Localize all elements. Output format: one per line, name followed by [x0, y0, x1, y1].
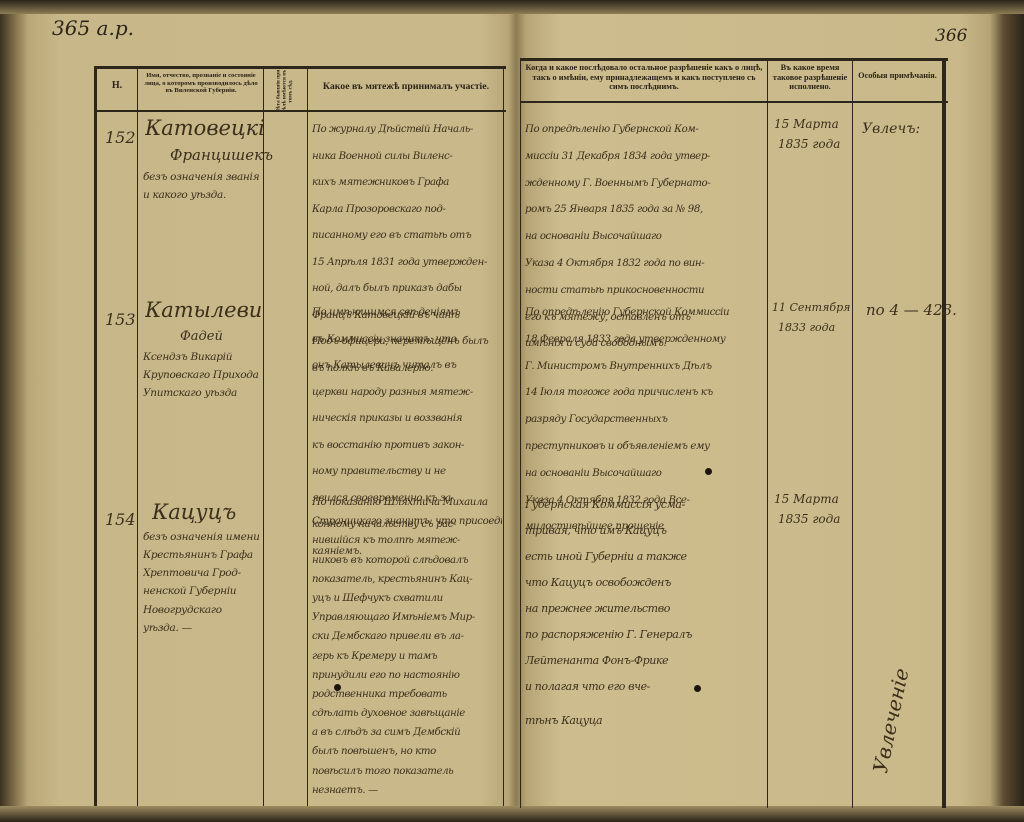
text-line: ромъ 25 Января 1835 года за № 98, — [525, 197, 765, 224]
text-line: кихъ мятежниковъ Графа — [312, 170, 502, 197]
right-col-rule-2 — [852, 58, 853, 808]
text-line: незнаетъ. — — [312, 781, 502, 800]
text-line: 18 Февраля 1833 года утвержденному — [525, 327, 765, 354]
right-page-number: 366 — [935, 26, 967, 46]
page-edge-bottom — [0, 806, 1024, 822]
text-line: въ Коммиссіи значитъ: что — [312, 327, 502, 354]
text-line: уцъ и Шефчукъ схватили — [312, 589, 502, 608]
page-edge-top — [0, 0, 1024, 14]
text-line: тѣнъ Кацуца — [525, 708, 765, 734]
text-line: церкви народу разныя мятеж- — [312, 380, 502, 407]
text-line: по распоряженію Г. Генералъ — [525, 622, 765, 648]
entry-surname: Катовецкiй — [145, 118, 263, 139]
header-executed: Въ какое время таковое разрѣшеніе исполн… — [769, 63, 851, 92]
text-line: никовъ въ которой слѣдовалъ — [312, 551, 502, 570]
left-table-right-rule — [503, 66, 504, 806]
entry-executed-year: 1833 года — [778, 322, 835, 333]
entry-status-line: и какого уѣзда. — [143, 190, 261, 201]
text-line: жденному Г. Военнымъ Губернато- — [525, 171, 765, 198]
left-page-number: 365 а.р. — [52, 16, 134, 40]
text-line: преступниковъ и объявленіемъ ему — [525, 434, 765, 461]
text-line: повѣсилъ того показатель — [312, 762, 502, 781]
text-line: ническія приказы и воззванія — [312, 406, 502, 433]
entry-executed-date: 15 Марта — [774, 493, 839, 505]
text-line: Указа 4 Октября 1832 года по вин- — [525, 251, 765, 278]
text-line: Лейтенанта Фонъ-Фрике — [525, 648, 765, 674]
text-line: есть иной Губерніи а также — [525, 544, 765, 570]
text-line: ной, далъ былъ приказъ дабы — [312, 276, 502, 303]
entry-executed-date: 15 Марта — [774, 118, 839, 130]
entry-notes: Увлечъ: — [862, 122, 920, 136]
header-years: Лѣта бывшiя при дѣлѣ имѣются въ томъ сѣд… — [264, 68, 306, 110]
entry-surname: Катылевичъ — [145, 300, 263, 321]
entry-notes-vertical: Увлеченіе — [868, 666, 914, 775]
text-line: Карла Прозоровскаго под- — [312, 197, 502, 224]
paper-hole — [705, 468, 712, 475]
right-header-bottom-rule — [520, 101, 948, 103]
left-col-rule-2 — [263, 66, 264, 806]
paper-hole — [694, 685, 701, 692]
text-line: 14 Іюля тогоже года причисленъ къ — [525, 380, 765, 407]
text-line: По опредѣленію Губернской Коммиссіи — [525, 300, 765, 327]
entry-status-line: безъ означенія имени — [143, 532, 261, 543]
right-table-top-rule — [520, 58, 948, 61]
entry-executed-year: 1835 года — [778, 513, 840, 525]
entry-surname: Кацуцъ — [152, 502, 262, 523]
header-number: Н. — [98, 80, 136, 92]
paper-hole — [334, 684, 341, 691]
text-line: По имѣющимся свѣденіямъ — [312, 300, 502, 327]
text-line: Г. Министромъ Внутреннихъ Дѣлъ — [525, 354, 765, 381]
entry-given-name: Фадей — [180, 330, 223, 343]
text-line: миссіи 31 Декабря 1834 года утвер- — [525, 144, 765, 171]
document-photo: 365 а.р. 366 Н. Имя, отчество, прозваніе… — [0, 0, 1024, 822]
entry-executed-year: 1835 года — [778, 138, 840, 150]
left-header-bottom-rule — [94, 110, 506, 112]
text-line: По показанію Шляхтича Михаила — [312, 493, 502, 512]
text-line: 15 Апрѣля 1831 года утвержден- — [312, 250, 502, 277]
entry-status-line: Ксендзъ Викарій — [143, 352, 261, 363]
text-line: что Кацуцъ освобожденъ — [525, 570, 765, 596]
text-line: на прежнее жительство — [525, 596, 765, 622]
entry-status-line: безъ означенія званія — [143, 172, 261, 183]
entry-status-line: Новогрудскаго — [143, 605, 261, 616]
header-participation: Какое въ мятежѣ принималъ участіе. — [310, 81, 502, 92]
entry-participation: По показанію Шляхтича Михаила Страницкаг… — [312, 493, 502, 800]
text-line: сдѣлать духовное завѣщаніе — [312, 704, 502, 723]
entry-notes: по 4 — 423. — [866, 303, 957, 318]
right-table-right-rule — [942, 58, 946, 808]
text-line: По журналу Дѣйствій Началь- — [312, 117, 502, 144]
entry-number: 154 — [105, 512, 136, 528]
header-years-text: Лѣта бывшiя при дѣлѣ имѣются въ томъ сѣд… — [276, 68, 295, 110]
entry-status-line: Хрептовича Грод- — [143, 568, 261, 579]
text-line: писанному его въ статьѣ отъ — [312, 223, 502, 250]
entry-number: 153 — [105, 312, 136, 328]
text-line: Страницкаго значитъ: что присоеди- — [312, 512, 502, 531]
text-line: а въ слѣдъ за симъ Дембскій — [312, 723, 502, 742]
entry-status-line: уѣзда. — — [143, 623, 261, 634]
text-line: ному правительству и не — [312, 459, 502, 486]
text-line: и полагая что его вче- — [525, 674, 765, 700]
text-line: разряду Государственныхъ — [525, 407, 765, 434]
text-line: По опредѣленію Губернской Ком- — [525, 117, 765, 144]
text-line: ника Военной силы Виленс- — [312, 144, 502, 171]
entry-status-line: Упитскаго уѣзда — [143, 388, 261, 399]
entry-resolution: Губернская Коммиссія усма- тривая, что и… — [525, 492, 765, 734]
left-col-rule-3 — [307, 66, 308, 806]
right-table-left-rule — [520, 58, 521, 808]
entry-executed-date: 11 Сентября — [772, 302, 850, 313]
left-table-left-rule — [94, 66, 97, 806]
text-line: ски Дембскаго привели въ ла- — [312, 627, 502, 646]
text-line: герь къ Кремеру и тамъ — [312, 647, 502, 666]
entry-status-line: Круповскаго Прихода — [143, 370, 261, 381]
entry-status-line: Крестьянинъ Графа — [143, 550, 261, 561]
header-name: Имя, отчество, прозваніе и состояніе лиц… — [140, 72, 262, 95]
text-line: былъ повѣшенъ, но кто — [312, 742, 502, 761]
text-line: показатель, крестьянинъ Кац- — [312, 570, 502, 589]
left-col-rule-1 — [137, 66, 138, 806]
text-line: на основаніи Высочайшаго — [525, 461, 765, 488]
text-line: на основаніи Высочайшаго — [525, 224, 765, 251]
text-line: онъ Катылевичъ читалъ въ — [312, 353, 502, 380]
entry-number: 152 — [105, 130, 136, 146]
text-line: тривая, что имъ Кацуцъ — [525, 518, 765, 544]
text-line: Управляющаго Имѣніемъ Мир- — [312, 608, 502, 627]
header-notes: Особыя примѣчанія. — [854, 71, 941, 81]
right-col-rule-1 — [767, 58, 768, 808]
text-line: принудили его по настоянію — [312, 666, 502, 685]
text-line: нившійся къ толпѣ мятеж- — [312, 531, 502, 550]
text-line: Губернская Коммиссія усма- — [525, 492, 765, 518]
entry-given-name: Францишекъ — [170, 148, 273, 163]
header-resolution: Когда и какое послѣдовало остальное разр… — [523, 63, 765, 92]
entry-status-line: ненской Губерніи — [143, 586, 261, 597]
text-line: къ восстанію противъ закон- — [312, 433, 502, 460]
